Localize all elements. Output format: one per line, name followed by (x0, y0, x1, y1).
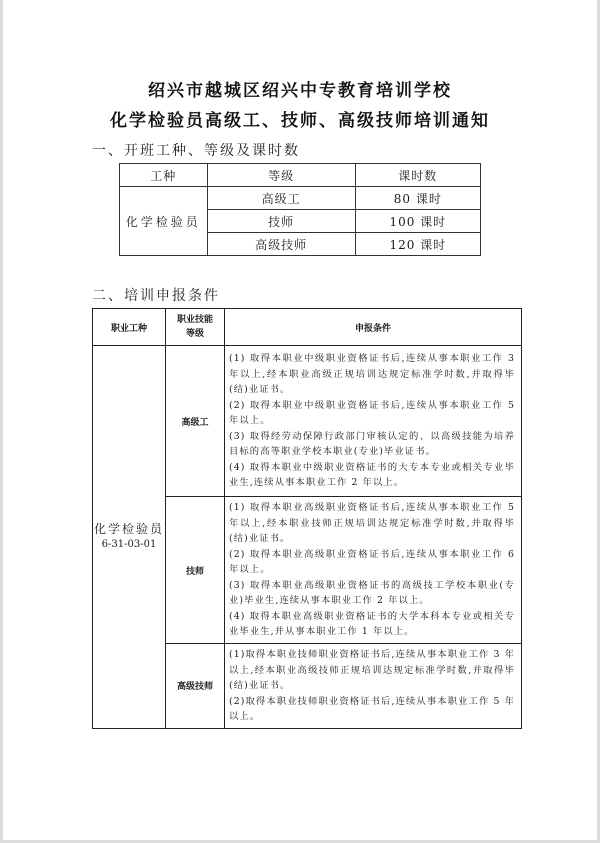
level-cell: 高级技师 (166, 644, 225, 729)
section-heading-classes: 一、开班工种、等级及课时数 (92, 140, 300, 160)
table-row: 化学检验员 高级工 80 课时 (120, 187, 481, 210)
job-cell: 化学检验员 6-31-03-01 (93, 346, 166, 729)
conditions-cell: (1) 取得本职业高级职业资格证书后,连续从事本职业工作 5 年以上,经本职业技… (225, 497, 522, 644)
header-cell-job: 职业工种 (93, 309, 166, 346)
condition-item: (3) 取得本职业高级职业资格证书的高级技工学校本职业(专业)毕业生,连续从事本… (229, 578, 515, 609)
header-cell-hours: 课时数 (355, 164, 480, 187)
condition-item: (1) 取得本职业中级职业资格证书后,连续从事本职业工作 3 年以上,经本职业高… (229, 351, 515, 398)
document-title: 绍兴市越城区绍兴中专教育培训学校 (0, 76, 600, 101)
table-row: 化学检验员 6-31-03-01 高级工 (1) 取得本职业中级职业资格证书后,… (93, 346, 522, 497)
classes-table: 工种 等级 课时数 化学检验员 高级工 80 课时 技师 100 课时 高级技师… (119, 163, 481, 256)
job-name: 化学检验员 (93, 521, 165, 537)
hours-cell: 100 课时 (355, 210, 480, 233)
header-cell-level: 等级 (207, 164, 355, 187)
conditions-cell: (1)取得本职业技师职业资格证书后,连续从事本职业工作 3 年以上,经本职业高级… (225, 644, 522, 729)
table-header-row: 工种 等级 课时数 (120, 164, 481, 187)
condition-item: (1)取得本职业技师职业资格证书后,连续从事本职业工作 3 年以上,经本职业高级… (229, 647, 515, 694)
condition-item: (2) 取得本职业高级职业资格证书后,连续从事本职业工作 6 年以上。 (229, 547, 515, 578)
level-cell: 高级工 (166, 346, 225, 497)
job-cell: 化学检验员 (120, 187, 208, 256)
header-level-line1: 职业技能 (166, 313, 224, 327)
condition-item: (2) 取得本职业中级职业资格证书后,连续从事本职业工作 5 年以上。 (229, 398, 515, 429)
level-cell: 技师 (166, 497, 225, 644)
level-cell: 技师 (207, 210, 355, 233)
header-level-line2: 等级 (166, 327, 224, 341)
job-code: 6-31-03-01 (93, 537, 165, 553)
condition-item: (2)取得本职业技师职业资格证书后,连续从事本职业工作 5 年以上。 (229, 694, 515, 725)
requirements-table: 职业工种 职业技能 等级 申报条件 化学检验员 6-31-03-01 高级工 (… (92, 308, 522, 729)
hours-cell: 120 课时 (355, 233, 480, 256)
condition-item: (4) 取得本职业高级职业资格证书的大学本科本专业或相关专业毕业生,并从事本职业… (229, 609, 515, 640)
condition-item: (1) 取得本职业高级职业资格证书后,连续从事本职业工作 5 年以上,经本职业技… (229, 500, 515, 547)
table-header-row: 职业工种 职业技能 等级 申报条件 (93, 309, 522, 346)
conditions-cell: (1) 取得本职业中级职业资格证书后,连续从事本职业工作 3 年以上,经本职业高… (225, 346, 522, 497)
level-cell: 高级工 (207, 187, 355, 210)
condition-item: (3) 取得经劳动保障行政部门审核认定的、以高级技能为培养目标的高等职业学校本职… (229, 429, 515, 460)
condition-item: (4) 取得本职业中级职业资格证书的大专本专业或相关专业毕业生,连续从事本职业工… (229, 460, 515, 491)
header-cell-job: 工种 (120, 164, 208, 187)
header-cell-conditions: 申报条件 (225, 309, 522, 346)
section-heading-requirements: 二、培训申报条件 (92, 285, 220, 305)
header-cell-level: 职业技能 等级 (166, 309, 225, 346)
document-subtitle: 化学检验员高级工、技师、高级技师培训通知 (0, 106, 600, 131)
hours-cell: 80 课时 (355, 187, 480, 210)
level-cell: 高级技师 (207, 233, 355, 256)
